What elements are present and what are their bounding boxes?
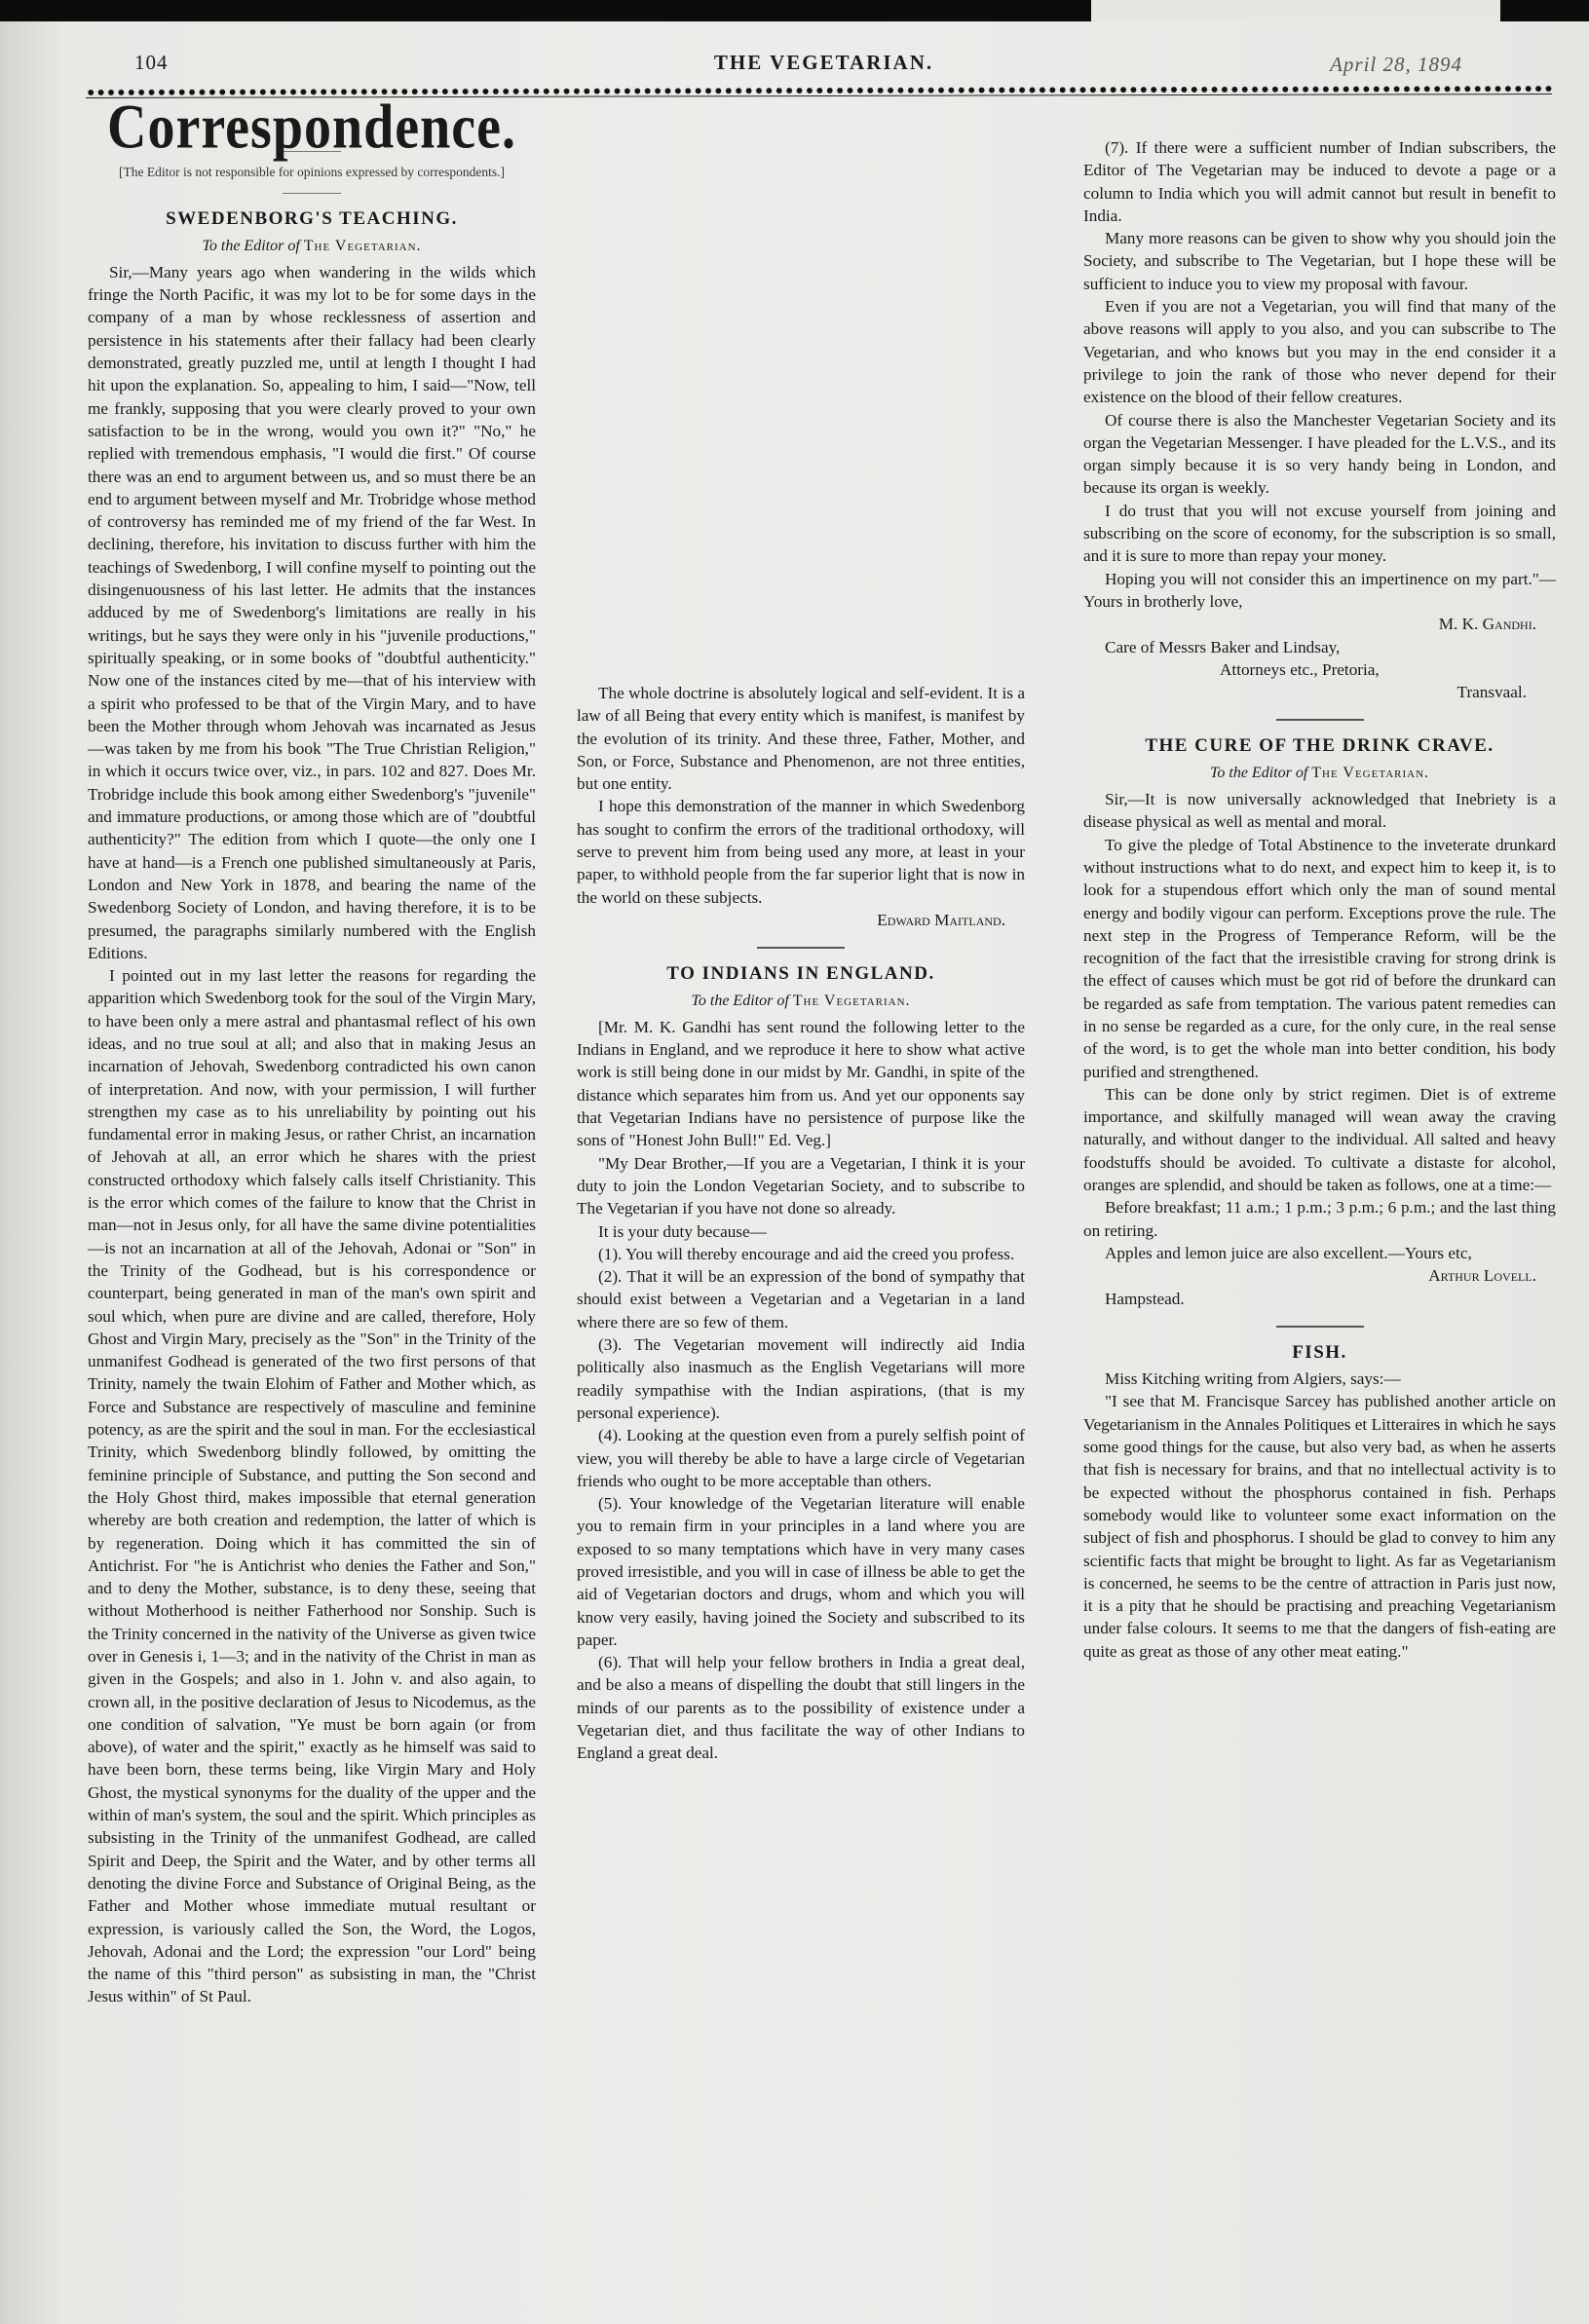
column-1: Correspondence. [The Editor is not respo… [88,107,536,2008]
divider [757,947,845,949]
list-item: (2). That it will be an expression of th… [577,1265,1025,1333]
signature: Edward Maitland. [577,909,1025,931]
paragraph: Sir,—Many years ago when wandering in th… [88,261,536,964]
address-line: Transvaal. [1083,681,1556,703]
section-title: Correspondence. [88,115,536,141]
paragraph: Even if you are not a Vegetarian, you wi… [1083,295,1556,408]
list-item: (7). If there were a sufficient number o… [1083,136,1556,227]
paragraph: I hope this demonstration of the manner … [577,795,1025,908]
publication-title: THE VEGETARIAN. [127,51,1521,75]
paragraph: "I see that M. Francisque Sarcey has pub… [1083,1390,1556,1663]
paragraph: I pointed out in my last letter the reas… [88,964,536,2008]
signature: M. K. Gandhi. [1083,613,1556,635]
paragraph: It is your duty because— [577,1220,1025,1243]
divider [1276,1326,1364,1328]
address-line: Care of Messrs Baker and Lindsay, [1083,636,1556,658]
column-3: (7). If there were a sufficient number o… [1083,136,1556,1663]
divider [1276,719,1364,721]
list-item: (6). That will help your fellow brothers… [577,1651,1025,1764]
letter-salutation: To the Editor of The Vegetarian. [88,235,536,257]
letter-title: THE CURE OF THE DRINK CRAVE. [1083,734,1556,757]
list-item: (3). The Vegetarian movement will indire… [577,1333,1025,1424]
paragraph: Many more reasons can be given to show w… [1083,227,1556,295]
column-2-lower: The whole doctrine is absolutely logical… [577,682,1025,1765]
paragraph: "My Dear Brother,—If you are a Vegetaria… [577,1152,1025,1220]
paragraph: Apples and lemon juice are also excellen… [1083,1242,1556,1264]
paragraph: This can be done only by strict regimen.… [1083,1083,1556,1196]
paragraph: The whole doctrine is absolutely logical… [577,682,1025,795]
signature: Arthur Lovell. [1083,1264,1556,1287]
paragraph: To give the pledge of Total Abstinence t… [1083,834,1556,1083]
letter-salutation: To the Editor of The Vegetarian. [577,990,1025,1012]
list-item: (4). Looking at the question even from a… [577,1424,1025,1492]
paragraph: Sir,—It is now universally acknowledged … [1083,788,1556,834]
editor-intro: [Mr. M. K. Gandhi has sent round the fol… [577,1016,1025,1152]
editor-disclaimer: [The Editor is not responsible for opini… [107,162,516,183]
place: Hampstead. [1083,1288,1556,1310]
paragraph: Before breakfast; 11 a.m.; 1 p.m.; 3 p.m… [1083,1196,1556,1242]
running-header: 104 THE VEGETARIAN. April 28, 1894 [127,51,1521,80]
letter-salutation: To the Editor of The Vegetarian. [1083,762,1556,784]
letter-title: TO INDIANS IN ENGLAND. [577,962,1025,985]
address-line: Attorneys etc., Pretoria, [1083,658,1556,681]
divider [283,193,341,194]
list-item: (5). Your knowledge of the Vegetarian li… [577,1492,1025,1651]
list-item: (1). You will thereby encourage and aid … [577,1243,1025,1265]
paragraph: Of course there is also the Manchester V… [1083,409,1556,500]
issue-date: April 28, 1894 [1330,53,1462,77]
paragraph: Hoping you will not consider this an imp… [1083,568,1556,614]
paragraph: I do trust that you will not excuse your… [1083,500,1556,568]
paragraph: Miss Kitching writing from Algiers, says… [1083,1368,1556,1390]
article-title: FISH. [1083,1341,1556,1364]
letter-title: SWEDENBORG'S TEACHING. [88,207,536,230]
